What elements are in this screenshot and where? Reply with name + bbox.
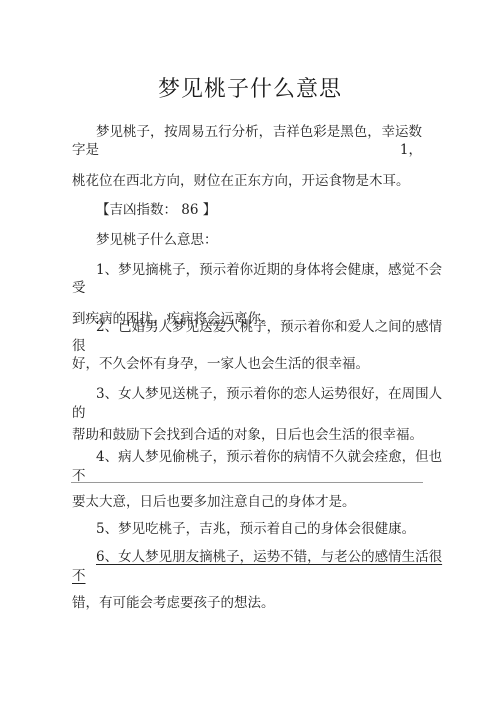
- intro-part: 梦见桃子，: [96, 123, 164, 141]
- item-2-line-3: 好，不久会怀有身孕，一家人也会生活的很幸福。: [72, 355, 422, 373]
- item-1-line-2: 受: [72, 279, 422, 297]
- item-5-line-1: 5、梦见吃桃子，吉兆，预示着自己的身体会很健康。: [96, 520, 422, 538]
- item-6-line-3: 错，有可能会考虑要孩子的想法。: [72, 594, 422, 612]
- item-1-line-1: 1、梦见摘桃子，预示着你近期的身体将会健康，感觉不会: [96, 261, 422, 279]
- item-4-line-1: 4、病人梦见偷桃子，预示着你的病情不久就会痊愈，但也: [96, 448, 422, 466]
- intro-part: 幸运数: [381, 123, 422, 141]
- subheading: 梦见桃子什么意思：: [96, 231, 422, 249]
- intro-lucky-number-value: 1，: [400, 141, 422, 159]
- item-6-line-1: 6、女人梦见朋友摘桃子，运势不错，与老公的感情生活很: [96, 548, 422, 566]
- document-page: 梦见桃子什么意思 梦见桃子， 按周易五行分析， 吉祥色彩是黑色， 幸运数 字是 …: [0, 0, 500, 708]
- item-3-line-2: 的: [72, 404, 422, 422]
- item-4-line-3: 要太大意，日后也要多加注意自己的身体才是。: [72, 493, 422, 511]
- intro-line-1: 梦见桃子， 按周易五行分析， 吉祥色彩是黑色， 幸运数: [96, 123, 422, 141]
- item-2-line-2: 很: [72, 337, 422, 355]
- intro-part: 按周易五行分析，: [164, 123, 272, 141]
- intro-lucky-number-label: 字是: [72, 141, 99, 159]
- item-6-line-2: 不: [72, 567, 422, 585]
- item-2-line-1: 2、已婚男人梦见送爱人桃子，预示着你和爱人之间的感情: [96, 318, 422, 336]
- horizontal-rule: [71, 482, 423, 483]
- document-title: 梦见桃子什么意思: [0, 75, 500, 105]
- intro-line-2: 字是 1，: [72, 141, 422, 159]
- fortune-index: 【吉凶指数： 86 】: [96, 201, 422, 219]
- item-3-line-1: 3、女人梦见送桃子，预示着你的恋人运势很好，在周围人: [96, 385, 422, 403]
- intro-line-3: 桃花位在西北方向，财位在正东方向，开运食物是木耳。: [72, 172, 422, 190]
- intro-part: 吉祥色彩是黑色，: [273, 123, 381, 141]
- item-3-line-3: 帮助和鼓励下会找到合适的对象，日后也会生活的很幸福。: [72, 426, 422, 444]
